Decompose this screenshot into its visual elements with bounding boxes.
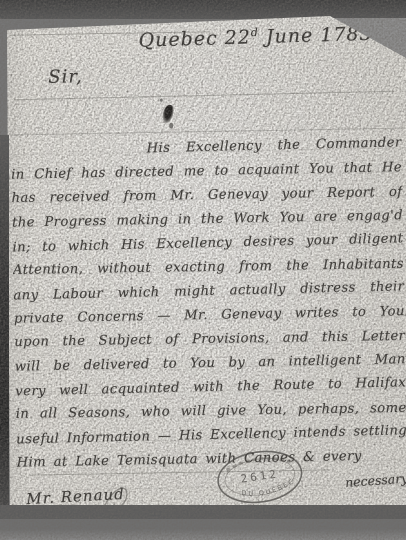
- paper-sheet: Quebec 22d June 1783. Sir, His Excellenc…: [0, 0, 406, 540]
- scanned-letter-page: Quebec 22d June 1783. Sir, His Excellenc…: [0, 0, 406, 540]
- archive-stamp: 2612 DU QUEBEC: [208, 442, 311, 513]
- ink-blot: [161, 104, 174, 124]
- stamp-number: 2612: [240, 467, 280, 485]
- catchword: necessary: [344, 470, 406, 489]
- stamp-illegible-arc: [226, 455, 290, 471]
- scan-edge-bottom: [0, 505, 406, 540]
- letter-content: Quebec 22d June 1783. Sir, His Excellenc…: [0, 0, 406, 540]
- salutation: Sir,: [48, 66, 83, 88]
- scan-edge-top: [0, 0, 406, 19]
- letter-body: His Excellency the Commanderin Chief has…: [10, 132, 406, 475]
- ink-speck: [160, 99, 163, 102]
- ink-speck: [169, 123, 173, 129]
- scan-edge-left: [0, 135, 9, 520]
- dateline-place-day: Quebec 22: [138, 26, 251, 51]
- dateline: Quebec 22d June 1783.: [138, 23, 369, 52]
